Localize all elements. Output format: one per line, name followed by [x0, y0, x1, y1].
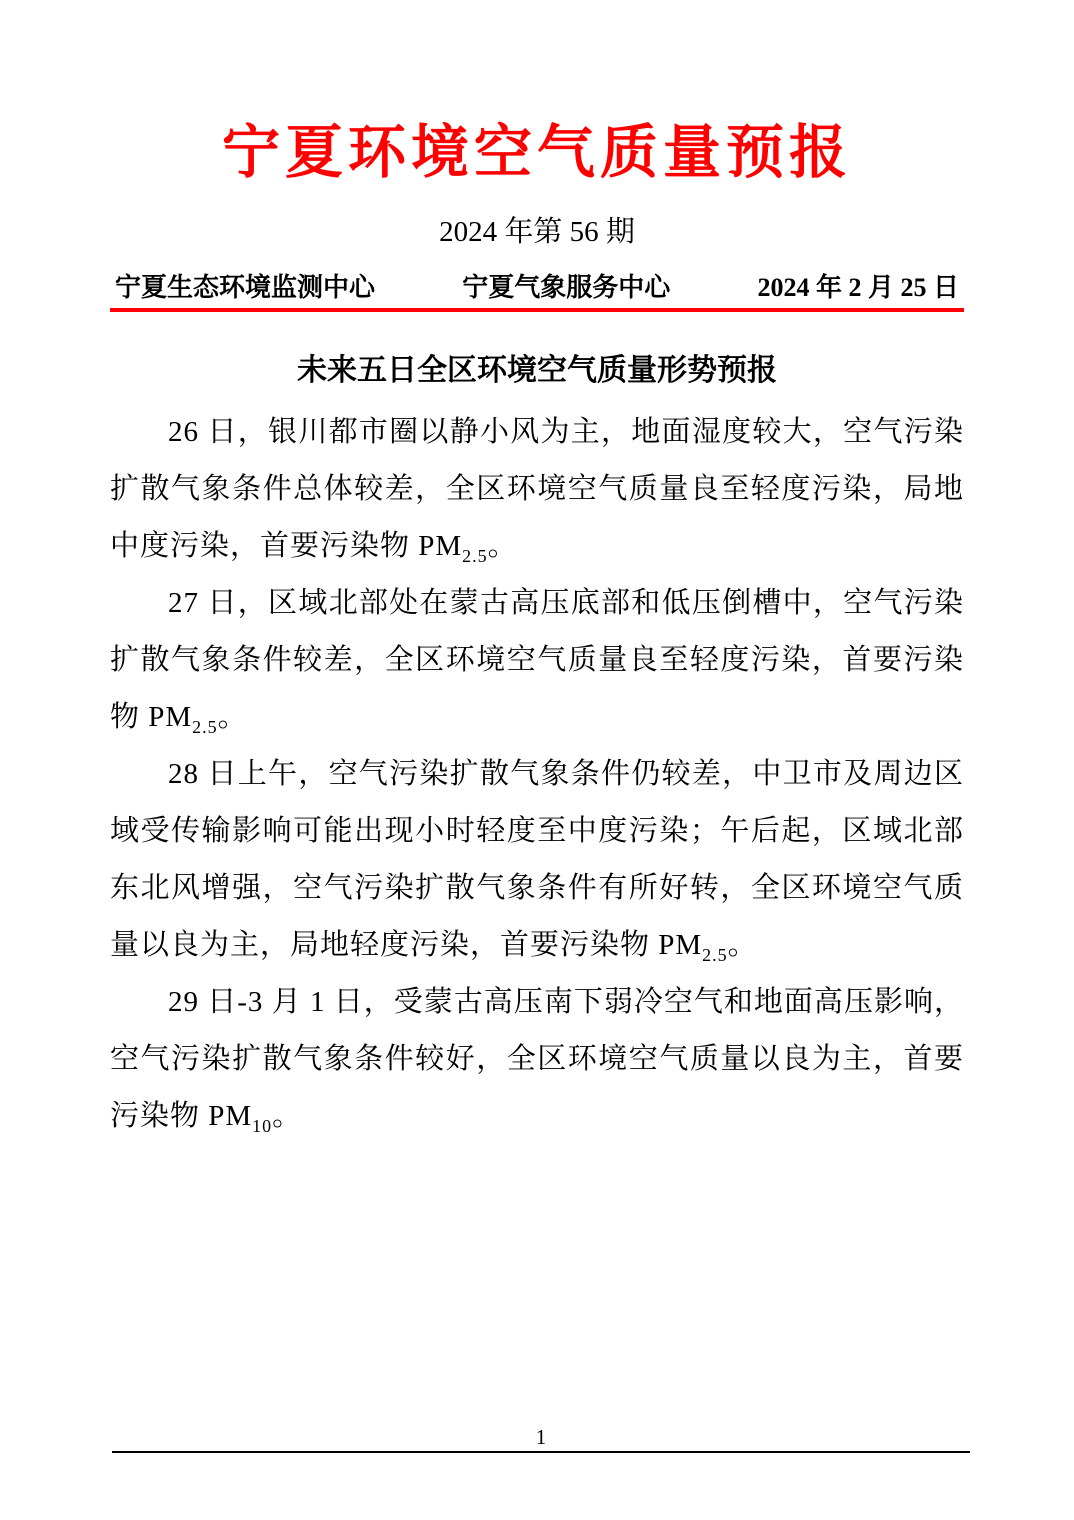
doc-title: 宁夏环境空气质量预报 [110, 0, 964, 190]
body-paragraph: 29 日-3 月 1 日，受蒙古高压南下弱冷空气和地面高压影响，空气污染扩散气象… [110, 974, 964, 1145]
footer: 1 [112, 1424, 970, 1453]
page-number: 1 [112, 1424, 970, 1450]
pm-subscript: 2.5 [462, 546, 487, 566]
footer-rule [112, 1451, 970, 1453]
body-paragraph: 27 日，区域北部处在蒙古高压底部和低压倒槽中，空气污染扩散气象条件较差，全区环… [110, 575, 964, 746]
org-right-label: 宁夏气象服务中心 [462, 272, 670, 304]
pm-subscript: 2.5 [192, 717, 217, 737]
date-label: 2024 年 2 月 25 日 [757, 272, 959, 304]
masthead-rule [110, 308, 964, 312]
document-page: { "document": { "title": "宁夏环境空气质量预报", "… [0, 0, 1074, 1520]
pm-subscript: 10 [252, 1116, 272, 1136]
body-paragraph: 28 日上午，空气污染扩散气象条件仍较差，中卫市及周边区域受传输影响可能出现小时… [110, 746, 964, 974]
page-container: 宁夏环境空气质量预报 2024 年第 56 期 宁夏生态环境监测中心 宁夏气象服… [0, 0, 1074, 1520]
masthead: 宁夏生态环境监测中心 宁夏气象服务中心 2024 年 2 月 25 日 [110, 272, 964, 308]
issue-line: 2024 年第 56 期 [110, 214, 964, 250]
body-paragraph: 26 日，银川都市圈以静小风为主，地面湿度较大，空气污染扩散气象条件总体较差，全… [110, 404, 964, 575]
section-title: 未来五日全区环境空气质量形势预报 [110, 352, 964, 390]
pm-subscript: 2.5 [702, 945, 727, 965]
body-paragraphs: 26 日，银川都市圈以静小风为主，地面湿度较大，空气污染扩散气象条件总体较差，全… [110, 404, 964, 1145]
org-left-label: 宁夏生态环境监测中心 [115, 272, 375, 304]
